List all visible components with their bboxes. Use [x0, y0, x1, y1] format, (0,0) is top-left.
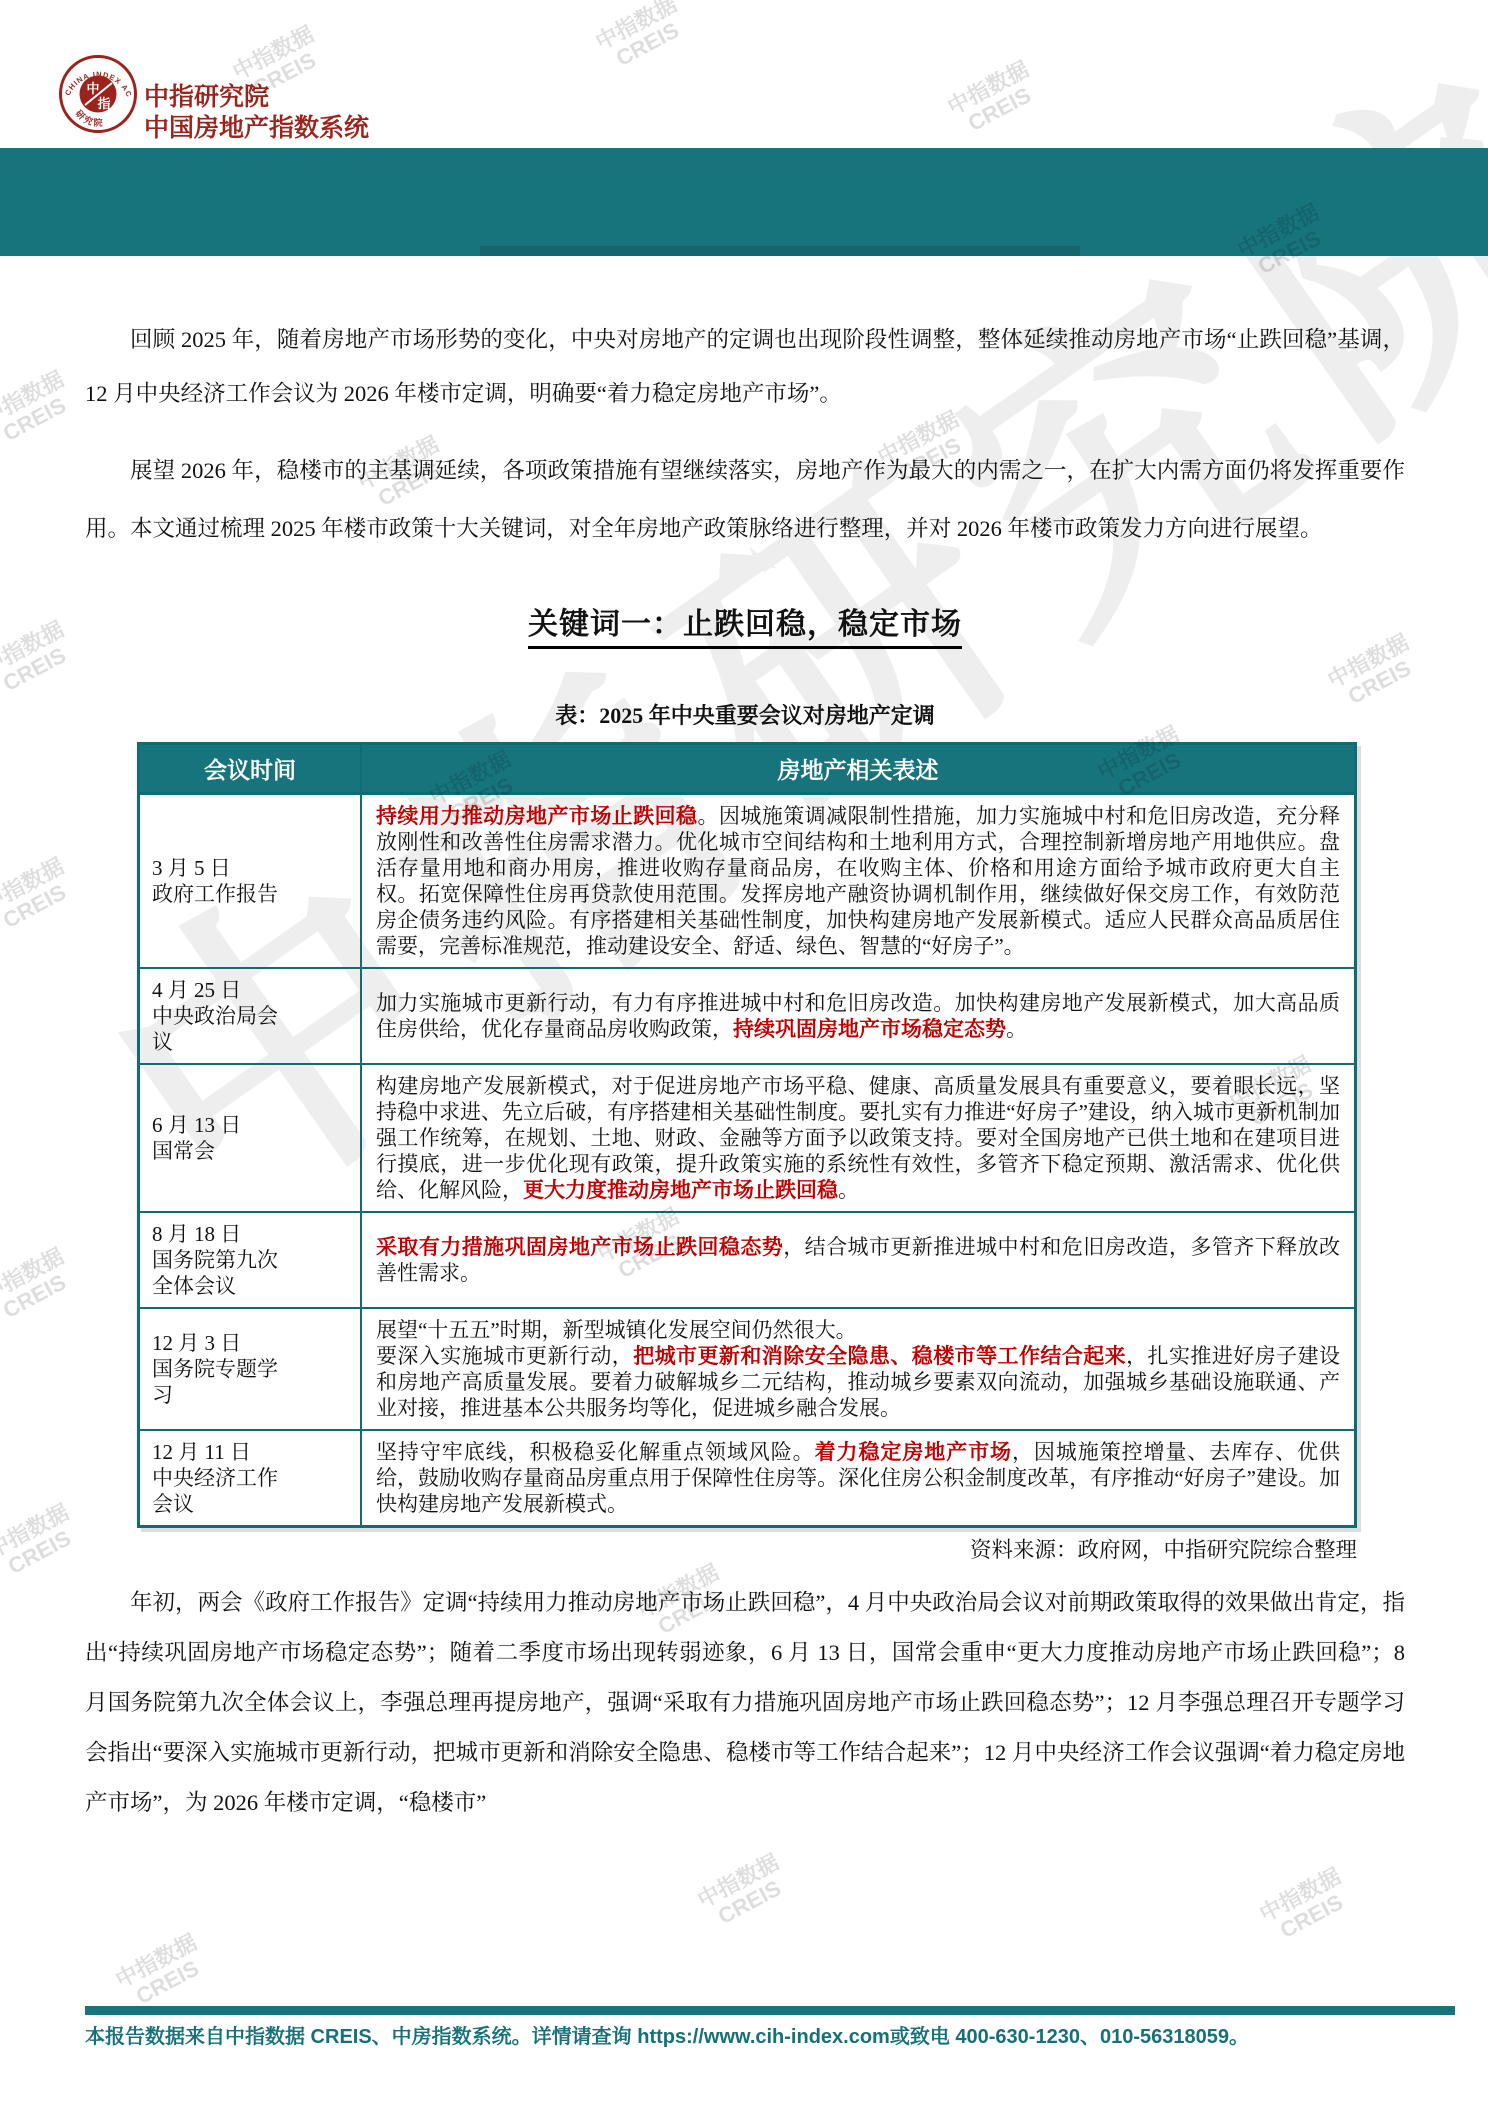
policy-text-cell: 坚持守牢底线，积极稳妥化解重点领域风险。着力稳定房地产市场，因城施策控增量、去库… — [361, 1430, 1356, 1527]
watermark: 中指数据CREIS — [0, 1500, 84, 1584]
table-row: 4 月 25 日中央政治局会议加力实施城市更新行动，有力有序推进城中村和危旧房改… — [139, 968, 1356, 1064]
table-header-row: 会议时间 房地产相关表述 — [139, 744, 1356, 794]
seal-center-bottom-char: 指 — [96, 96, 110, 111]
table-row: 3 月 5 日政府工作报告持续用力推动房地产市场止跌回稳。因城施策调减限制性措施… — [139, 794, 1356, 969]
watermark: 中指数据CREIS — [694, 1850, 794, 1934]
watermark: 中指数据CREIS — [592, 0, 692, 76]
watermark: 中指数据CREIS — [0, 617, 79, 701]
seal-center-top-char: 中 — [86, 81, 99, 96]
table-row: 12 月 3 日国务院专题学习展望“十五五”时期，新型城镇化发展空间仍然很大。要… — [139, 1308, 1356, 1430]
intro-paragraph-2: 展望 2026 年，稳楼市的主基调延续，各项政策措施有望继续落实，房地产作为最大… — [85, 442, 1405, 558]
watermark: 中指数据CREIS — [944, 57, 1044, 141]
watermark: 中指数据CREIS — [0, 367, 79, 451]
meeting-time-cell: 6 月 13 日国常会 — [139, 1064, 362, 1212]
footer-divider — [85, 2006, 1455, 2015]
closing-paragraph: 年初，两会《政府工作报告》定调“持续用力推动房地产市场止跌回稳”，4 月中央政治… — [85, 1578, 1405, 1828]
main-content: 回顾 2025 年，随着房地产市场形势的变化，中央对房地产的定调也出现阶段性调整… — [85, 256, 1405, 1828]
table-header-policy: 房地产相关表述 — [361, 744, 1356, 794]
org-name: 中指研究院 — [144, 82, 369, 113]
section-heading-text: 关键词一：止跌回稳，稳定市场 — [528, 608, 962, 649]
table-title: 表：2025 年中央重要会议对房地产定调 — [85, 701, 1405, 731]
policy-text-cell: 加力实施城市更新行动，有力有序推进城中村和危旧房改造。加快构建房地产发展新模式，… — [361, 968, 1356, 1064]
policy-text-cell: 持续用力推动房地产市场止跌回稳。因城施策调减限制性措施，加力实施城中村和危旧房改… — [361, 794, 1356, 969]
org-name-block: 中指研究院 中国房地产指数系统 — [144, 82, 369, 144]
watermark: 中指数据CREIS — [112, 1930, 212, 2014]
watermark: 中指数据CREIS — [0, 854, 79, 938]
meeting-time-cell: 12 月 11 日中央经济工作会议 — [139, 1430, 362, 1527]
policy-text-cell: 构建房地产发展新模式，对于促进房地产市场平稳、健康、高质量发展具有重要意义，要着… — [361, 1064, 1356, 1212]
source-note: 资料来源：政府网，中指研究院综合整理 — [85, 1536, 1357, 1564]
table-header-time: 会议时间 — [139, 744, 362, 794]
table-row: 12 月 11 日中央经济工作会议坚持守牢底线，积极稳妥化解重点领域风险。着力稳… — [139, 1430, 1356, 1527]
company-seal-icon: CHINA INDEX ACADEMY 研 究 院 中 指 — [58, 54, 138, 134]
table-row: 8 月 18 日国务院第九次全体会议采取有力措施巩固房地产市场止跌回稳态势，结合… — [139, 1212, 1356, 1308]
page-banner — [0, 148, 1488, 256]
intro-paragraph-1: 回顾 2025 年，随着房地产市场形势的变化，中央对房地产的定调也出现阶段性调整… — [85, 313, 1405, 421]
banner-shade — [480, 246, 1080, 256]
footer-note: 本报告数据来自中指数据 CREIS、中房指数系统。详情请查询 https://w… — [85, 2024, 1435, 2050]
org-subtitle: 中国房地产指数系统 — [144, 113, 369, 144]
policy-text-cell: 采取有力措施巩固房地产市场止跌回稳态势，结合城市更新推进城中村和危旧房改造，多管… — [361, 1212, 1356, 1308]
meeting-time-cell: 8 月 18 日国务院第九次全体会议 — [139, 1212, 362, 1308]
policy-table: 会议时间 房地产相关表述 3 月 5 日政府工作报告持续用力推动房地产市场止跌回… — [137, 742, 1357, 1528]
policy-text-cell: 展望“十五五”时期，新型城镇化发展空间仍然很大。要深入实施城市更新行动，把城市更… — [361, 1308, 1356, 1430]
watermark: 中指数据CREIS — [1256, 1864, 1356, 1948]
meeting-time-cell: 4 月 25 日中央政治局会议 — [139, 968, 362, 1064]
meeting-time-cell: 3 月 5 日政府工作报告 — [139, 794, 362, 969]
table-row: 6 月 13 日国常会构建房地产发展新模式，对于促进房地产市场平稳、健康、高质量… — [139, 1064, 1356, 1212]
watermark: 中指数据CREIS — [0, 1244, 79, 1328]
section-heading: 关键词一：止跌回稳，稳定市场 — [85, 605, 1405, 645]
page: 中指研究院 中指数据CREIS中指数据CREIS中指数据CREIS中指数据CRE… — [0, 0, 1488, 2104]
meeting-time-cell: 12 月 3 日国务院专题学习 — [139, 1308, 362, 1430]
